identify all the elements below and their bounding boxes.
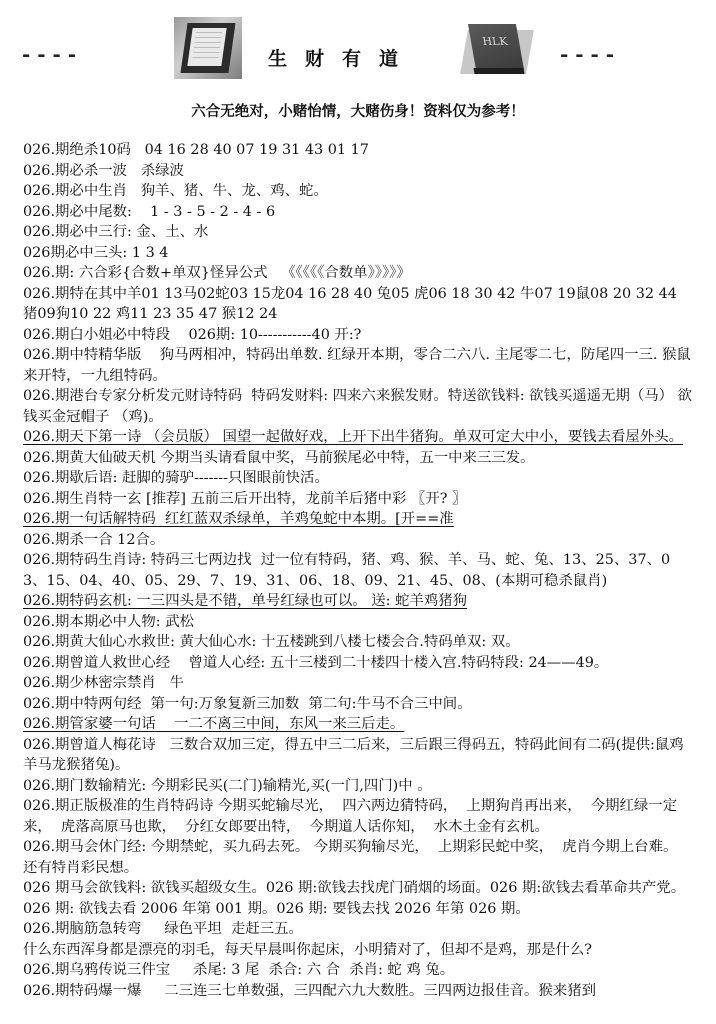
- book-image: HLK: [462, 20, 534, 82]
- list-item: 026.期少林密宗禁肖 牛: [23, 673, 693, 694]
- list-item: 026.期中特两句经 第一句:万象复新三加数 第二句:牛马不合三中间。: [23, 694, 693, 715]
- list-item: 026.期特码玄机: 一三四头是不错，单号红绿也可以。 送: 蛇羊鸡猪狗: [23, 591, 693, 612]
- list-item: 026.期中特精华版 狗马两相冲，特码出单数. 红绿开本期，零合二六八. 主尾零…: [23, 345, 693, 386]
- list-item: 026.期正版极准的生肖特码诗 今期买蛇输尽光， 四六两边猜特码， 上期狗肖再出…: [23, 796, 693, 837]
- book-cover-text: HLK: [468, 24, 524, 70]
- list-item: 026.期歇后语: 赶脚的骑驴-------只图眼前快活。: [23, 468, 693, 489]
- list-item: 026.期: 六合彩{合数+单双}怪异公式 《《《《《合数单》》》》》: [23, 263, 693, 284]
- left-dashes: - - - -: [22, 42, 76, 66]
- list-item: 026.期曾道人救世心经 曾道人心经: 五十三楼到二十楼四十楼入宫.特码特段: …: [23, 653, 693, 674]
- list-item: 026.期特在其中羊01 13马02蛇03 15龙04 16 28 40 兔05…: [23, 284, 693, 325]
- list-item: 026.期黄大仙心水救世: 黄大仙心水: 十五楼跳到八楼七楼会合.特码单双: 双…: [23, 632, 693, 653]
- list-item: 026期必中三头: 1 3 4: [23, 243, 693, 264]
- list-item: 026.期一句话解特码 红红蓝双杀绿单，羊鸡兔蛇中本期。[开==准: [23, 509, 693, 530]
- list-item: 026.期绝杀10码 04 16 28 40 07 19 31 43 01 17: [23, 140, 693, 161]
- page-title: 生财有道: [268, 44, 416, 71]
- list-item: 026.期必中尾数: 1 - 3 - 5 - 2 - 4 - 6: [23, 202, 693, 223]
- list-item: 026.期天下第一诗 （会员版） 国望一起做好戏，上开下出牛猪狗。单双可定大中小…: [23, 427, 693, 448]
- prediction-list: 026.期绝杀10码 04 16 28 40 07 19 31 43 01 17…: [23, 140, 693, 1001]
- list-item: 什么东西浑身都是漂亮的羽毛，每天早晨叫你起床，小明猜对了，但却不是鸡，那是什么?: [23, 940, 693, 961]
- list-item: 026.期杀一合 12合。: [23, 530, 693, 551]
- header: - - - - 生财有道 HLK - - - -: [0, 0, 716, 90]
- list-item: 026.期本期必中人物: 武松: [23, 612, 693, 633]
- list-item: 026.期必中生肖 狗羊、猪、牛、龙、鸡、蛇。: [23, 181, 693, 202]
- right-dashes: - - - -: [560, 42, 614, 66]
- list-item: 026.期白小姐必中特段 026期: 10-----------40 开:?: [23, 325, 693, 346]
- list-item: 026.期脑筋急转弯 绿色平坦 走赶三五。: [23, 919, 693, 940]
- list-item: 026.期管家婆一句话 一二不离三中间，东风一来三后走。: [23, 714, 693, 735]
- list-item: 026.期特码爆一爆 二三连三七单数强，三四配六九大数胜。三四两边报佳音。猴来猪…: [23, 981, 693, 1002]
- list-item: 026.期必中三行: 金、土、水: [23, 222, 693, 243]
- list-item: 026.期港台专家分析发元财诗特码 特码发财料: 四来六来猴发财。特送欲钱料: …: [23, 386, 693, 427]
- list-item: 026.期特码生肖诗: 特码三七两边找 过一位有特码，猪、鸡、猴、羊、马、蛇、兔…: [23, 550, 693, 591]
- list-item: 026 期马会欲钱料: 欲钱买超级女生。026 期:欲钱去找虎门硝烟的场面。02…: [23, 878, 693, 919]
- disclaimer-slogan: 六合无绝对，小赌怡情，大赌伤身！资料仅为参考！: [0, 100, 716, 121]
- list-item: 026.期生肖特一玄 [推荐] 五前三后开出特，龙前羊后猪中彩 〖开? 〗: [23, 489, 693, 510]
- framed-certificate-image: [174, 17, 242, 79]
- list-item: 026.期必杀一波 杀绿波: [23, 161, 693, 182]
- list-item: 026.期门数输精光: 今期彩民买(二门)输精光,买(一门,四门)中 。: [23, 776, 693, 797]
- list-item: 026.期黄大仙破天机 今期当头请看鼠中奖，马前猴尾必中特，五一中来三三发。: [23, 448, 693, 469]
- list-item: 026.期曾道人梅花诗 三数合双加三定，得五中三二后来，三后跟三得码五，特码此间…: [23, 735, 693, 776]
- list-item: 026.期乌鸦传说三件宝 杀尾: 3 尾 杀合: 六 合 杀肖: 蛇 鸡 兔。: [23, 960, 693, 981]
- list-item: 026.期马会休门经: 今期禁蛇，买九码去死。 今期买狗输尽光， 上期彩民蛇中奖…: [23, 837, 693, 878]
